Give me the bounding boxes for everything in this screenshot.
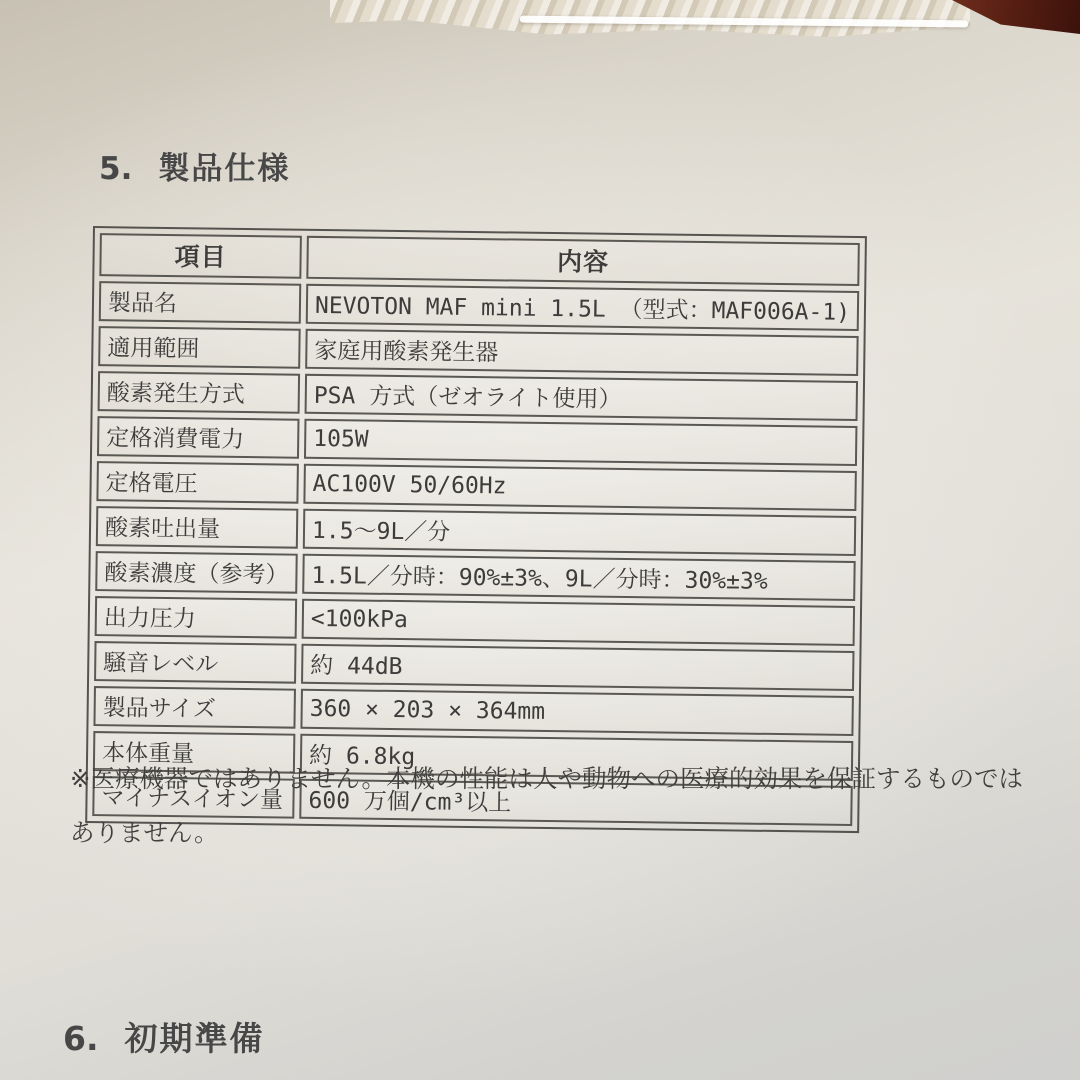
spec-row-oxygen-concentration: 酸素濃度（参考） 1.5L／分時：90%±3%、9L／分時：30%±3%: [95, 551, 856, 601]
spec-row-noise-level: 騒音レベル 約 44dB: [94, 641, 855, 691]
spec-item-label: 定格電圧: [96, 461, 299, 504]
header-item-column: 項目: [99, 233, 302, 279]
spec-row-oxygen-generation-method: 酸素発生方式 PSA 方式（ゼオライト使用）: [98, 371, 859, 421]
spec-value: AC100V 50/60Hz: [303, 464, 857, 511]
spec-item-label: 適用範囲: [98, 326, 301, 369]
spec-value: PSA 方式（ゼオライト使用）: [305, 374, 859, 421]
spec-value: 360 × 203 × 364mm: [300, 689, 854, 736]
section-5-title: 製品仕様: [158, 151, 290, 187]
spec-value: 約 44dB: [301, 644, 855, 691]
spec-item-label: 酸素発生方式: [98, 371, 301, 414]
spec-item-label: 定格消費電力: [97, 416, 300, 459]
spec-value: NEVOTON MAF mini 1.5L （型式：MAF006A-1): [306, 284, 860, 331]
section-6-number: 6.: [63, 1019, 99, 1058]
section-6-heading: 6.初期準備: [63, 1013, 265, 1060]
spec-value: <100kPa: [302, 599, 856, 646]
spec-row-rated-voltage: 定格電圧 AC100V 50/60Hz: [96, 461, 857, 511]
header-content-column: 内容: [306, 236, 860, 286]
spec-item-label: 製品名: [99, 281, 302, 324]
spec-row-product-name: 製品名 NEVOTON MAF mini 1.5L （型式：MAF006A-1): [99, 281, 860, 331]
spec-table-wrapper: 項目 内容 製品名 NEVOTON MAF mini 1.5L （型式：MAF0…: [85, 226, 867, 833]
spec-item-label: 騒音レベル: [94, 641, 297, 684]
spec-value: 1.5L／分時：90%±3%、9L／分時：30%±3%: [302, 554, 856, 601]
spec-value: 家庭用酸素発生器: [305, 329, 859, 376]
document-page: 5.製品仕様 項目 内容 製品名 NEVOTON MAF mini 1.5L （…: [0, 0, 1080, 1080]
spec-row-oxygen-output: 酸素吐出量 1.5〜9L／分: [96, 506, 857, 556]
product-spec-table: 項目 内容 製品名 NEVOTON MAF mini 1.5L （型式：MAF0…: [85, 226, 867, 833]
section-6-title: 初期準備: [125, 1019, 265, 1058]
spec-item-label: 製品サイズ: [93, 686, 296, 729]
spec-row-product-size: 製品サイズ 360 × 203 × 364mm: [93, 686, 854, 736]
spec-item-label: 酸素吐出量: [96, 506, 299, 549]
section-5-number: 5.: [99, 151, 132, 187]
spec-row-rated-power-consumption: 定格消費電力 105W: [97, 416, 858, 466]
spec-item-label: 出力圧力: [95, 596, 298, 639]
spec-row-application-range: 適用範囲 家庭用酸素発生器: [98, 326, 859, 376]
spec-row-output-pressure: 出力圧力 <100kPa: [95, 596, 856, 646]
spec-value: 105W: [304, 419, 858, 466]
spec-header-row: 項目 内容: [99, 233, 860, 286]
spec-value: 1.5〜9L／分: [303, 509, 857, 556]
medical-disclaimer-note: ※医療機器ではありません。本機の性能は人や動物への医療的効果を保証するものではあ…: [70, 752, 1040, 860]
spec-item-label: 酸素濃度（参考）: [95, 551, 298, 594]
section-5-heading: 5.製品仕様: [99, 143, 290, 188]
